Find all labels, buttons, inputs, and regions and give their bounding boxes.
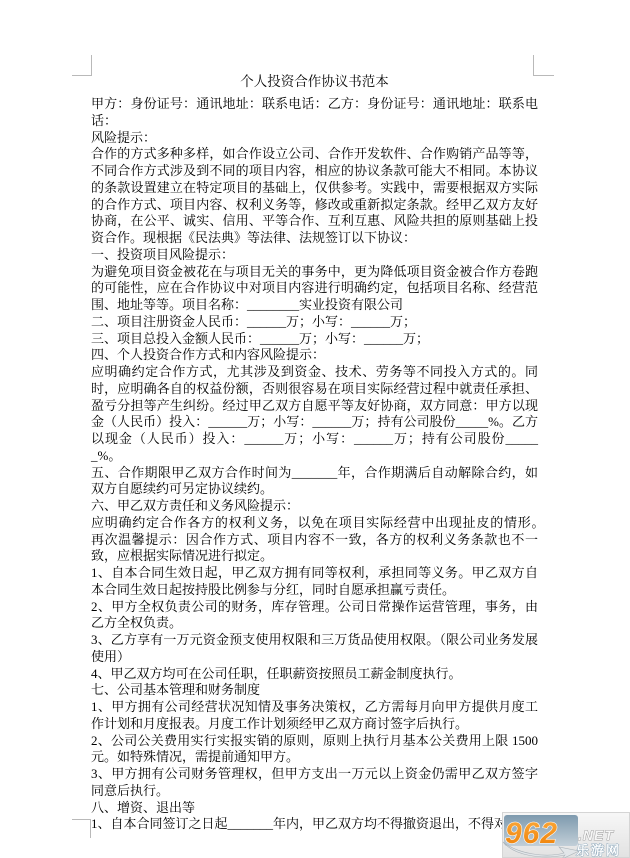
paragraph: 2、甲方全权负责公司的财务，库存管理。公司日常操作运营管理，事务，由乙方全权负责… [91, 599, 538, 633]
margin-mark-bottom-left [72, 819, 91, 838]
paragraph: 为避免项目资金被花在与项目无关的事务中，更为降低项目资金被合作方卷跑的可能性，应… [91, 264, 538, 314]
logo-sitename: 乐游网 [576, 843, 621, 858]
logo-number: 962 [505, 817, 558, 850]
document-page: 个人投资合作协议书范本 甲方：身份证号：通讯地址：联系电话：乙方：身份证号：通讯… [0, 0, 630, 858]
paragraph: 风险提示： [91, 130, 538, 147]
paragraph: 四、个人投资合作方式和内容风险提示： [91, 347, 538, 364]
paragraph: 4、甲乙双方均可在公司任职，任职薪资按照员工薪金制度执行。 [91, 666, 538, 683]
962-leyou-watermark-logo: 962 .NET 乐游网 [502, 812, 630, 858]
paragraph: 3、甲方拥有公司财务管理权，但甲方支出一万元以上资金仍需甲乙双方签字同意后执行。 [91, 766, 538, 800]
paragraph: 八、增资、退出等 [91, 800, 538, 817]
paragraph: 五、合作期限甲乙双方合作时间为_______年，合作期满后自动解除合约，如双方自… [91, 465, 538, 499]
paragraph: 甲方：身份证号：通讯地址：联系电话：乙方：身份证号：通讯地址：联系电话： [91, 96, 538, 130]
paragraph: 3、乙方享有一万元资金预支使用权限和三万货品使用权限。（限公司业务发展使用） [91, 632, 538, 666]
paragraph: 1、自本合同生效日起，甲乙双方拥有同等权利，承担同等义务。甲乙双方自本合同生效日… [91, 565, 538, 599]
paragraph: 二、项目注册资金人民币：______万；小写：______万； [91, 314, 538, 331]
paragraph: 一、投资项目风险提示： [91, 247, 538, 264]
paragraph: 1、自本合同签订之日起_______年内，甲乙双方均不得撤资退出，不得对外转 [91, 816, 538, 833]
paragraph: 七、公司基本管理和财务制度 [91, 682, 538, 699]
paragraph: 三、项目总投入金额人民币：______万；小写：______万； [91, 331, 538, 348]
paragraph: 2、公司公关费用实行实报实销的原则，原则上执行月基本公关费用上限 1500 元。… [91, 733, 538, 767]
paragraph: 1、甲方拥有公司经营状况知情及事务决策权，乙方需每月向甲方提供月度工作计划和月度… [91, 699, 538, 733]
margin-mark-top-left [72, 55, 92, 76]
document-body: 甲方：身份证号：通讯地址：联系电话：乙方：身份证号：通讯地址：联系电话：风险提示… [91, 96, 538, 833]
document-title: 个人投资合作协议书范本 [91, 73, 538, 90]
logo-domain: .NET [578, 827, 614, 843]
paragraph: 应明确约定合作方式，尤其涉及到资金、技术、劳务等不同投入方式的。同时，应明确各自… [91, 364, 538, 465]
paragraph: 合作的方式多种多样，如合作设立公司、合作开发软件、合作购销产品等等，不同合作方式… [91, 146, 538, 247]
paragraph: 应明确约定合作各方的权利义务，以免在项目实际经营中出现扯皮的情形。 再次温馨提示… [91, 515, 538, 565]
paragraph: 六、甲乙双方责任和义务风险提示： [91, 498, 538, 515]
